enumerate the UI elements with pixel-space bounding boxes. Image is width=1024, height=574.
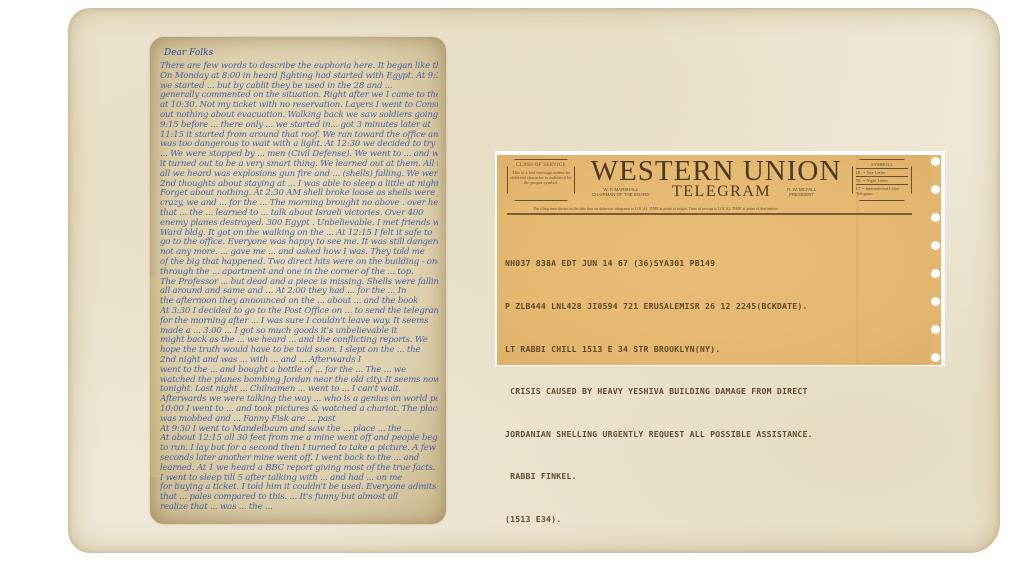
symbols-box: SYMBOLS DL = Day Letter NL = Night Lette… bbox=[852, 159, 912, 201]
company-name: WESTERN UNION bbox=[585, 157, 847, 185]
chairman-title: CHAIRMAN OF THE BOARD bbox=[592, 192, 650, 197]
perforation-hole bbox=[931, 185, 940, 194]
officer-president: R. W. MCFALL PRESIDENT bbox=[787, 187, 816, 197]
perforation-hole bbox=[931, 269, 940, 278]
letter-greeting: Dear Folks bbox=[164, 48, 213, 58]
symbol-row: NL = Night Letter bbox=[856, 176, 908, 184]
handwritten-line: realize that ... was ... the ... bbox=[160, 502, 438, 514]
class-of-service-box: CLASS OF SERVICE This is a fast message … bbox=[507, 159, 575, 201]
class-of-service-title: CLASS OF SERVICE bbox=[508, 163, 574, 168]
message-line: (1513 E34). bbox=[505, 512, 813, 526]
message-line: P ZLB444 LNL428 JI0594 721 ERUSALEMISR 2… bbox=[505, 299, 813, 313]
perforation-hole bbox=[931, 213, 940, 222]
message-line: JORDANIAN SHELLING URGENTLY REQUEST ALL … bbox=[505, 427, 813, 441]
telegram-label: TELEGRAM bbox=[672, 183, 771, 201]
telegram-paper: CLASS OF SERVICE This is a fast message … bbox=[497, 155, 929, 365]
handwritten-letter: Dear Folks There are few words to descri… bbox=[150, 37, 446, 524]
message-line: LT RABBI CHILL 1513 E 34 STR BROOKLYN(NY… bbox=[505, 342, 813, 356]
perforation-hole bbox=[931, 297, 940, 306]
message-line: CRISIS CAUSED BY HEAVY YESHIVA BUILDING … bbox=[505, 384, 813, 398]
perforation-hole bbox=[931, 325, 940, 334]
symbol-row: DL = Day Letter bbox=[856, 168, 908, 176]
message-line: NH037 838A EDT JUN 14 67 (36)SYA301 PB14… bbox=[505, 256, 813, 270]
western-union-telegram: CLASS OF SERVICE This is a fast message … bbox=[495, 151, 945, 366]
telegram-message: NH037 838A EDT JUN 14 67 (36)SYA301 PB14… bbox=[505, 228, 813, 555]
symbol-row: LT = International Letter Telegram bbox=[856, 184, 908, 197]
symbols-title: SYMBOLS bbox=[856, 162, 908, 167]
perforation-hole bbox=[931, 241, 940, 250]
perforation-hole bbox=[931, 157, 940, 166]
header-divider bbox=[507, 213, 912, 215]
perforation-hole bbox=[931, 353, 940, 362]
filing-time-note: The filing time shown in the date line o… bbox=[533, 206, 778, 211]
message-line: RABBI FINKEL. bbox=[505, 469, 813, 483]
president-title: PRESIDENT bbox=[787, 192, 816, 197]
officer-chairman: W. P. MARSHALL CHAIRMAN OF THE BOARD bbox=[592, 187, 650, 197]
class-of-service-text: This is a fast message unless its deferr… bbox=[508, 170, 574, 185]
